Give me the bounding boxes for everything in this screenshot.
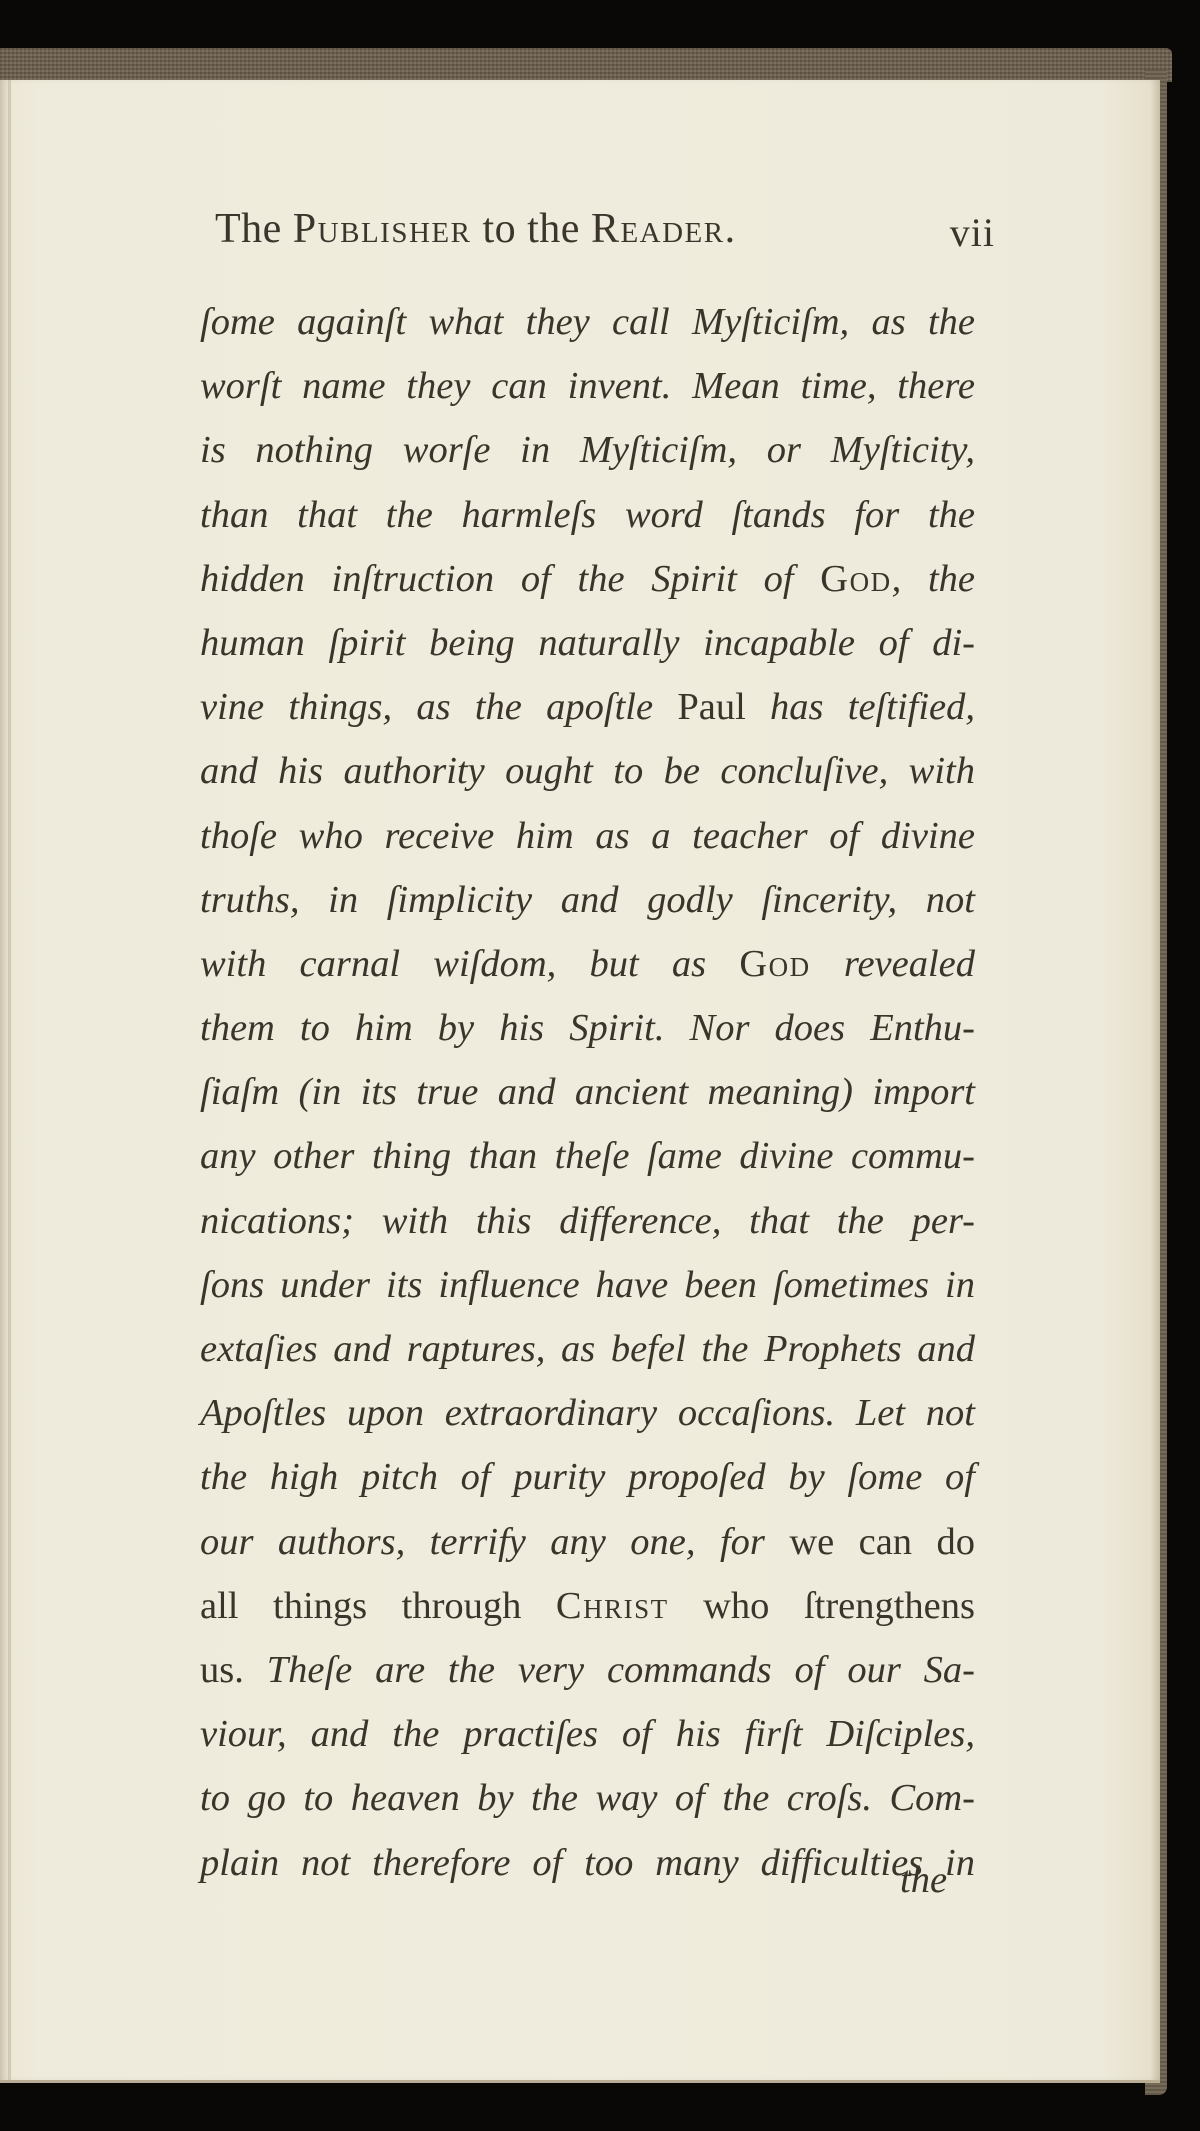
text-segment: extaſies and raptures, as befel the Prop… <box>200 1328 975 1370</box>
text-line: extaſies and raptures, as befel the Prop… <box>200 1317 975 1381</box>
text-segment: Paul <box>677 686 745 728</box>
text-segment: thoſe who receive him as a teacher of di… <box>200 815 975 857</box>
text-segment: revealed <box>811 943 975 985</box>
gutter-edge <box>8 80 11 2080</box>
text-line: than that the harmleſs word ſtands for t… <box>200 483 975 547</box>
text-segment: the high pitch of purity propoſed by ſom… <box>200 1456 975 1498</box>
text-segment: we can do <box>789 1521 975 1563</box>
text-line: viour, and the practiſes of his firſt Di… <box>200 1702 975 1766</box>
text-line: vine things, as the apoſtle Paul has teſ… <box>200 675 975 739</box>
text-segment: our authors, terrify any one, for <box>200 1521 789 1563</box>
text-line: all things through Christ who ſtrengthen… <box>200 1574 975 1638</box>
text-segment: than that the harmleſs word ſtands for t… <box>200 494 975 536</box>
text-segment: God <box>739 943 810 985</box>
text-line: them to him by his Spirit. Nor does Enth… <box>200 996 975 1060</box>
running-head-title: The Publisher to the Reader. <box>215 205 737 253</box>
text-line: nications; with this difference, that th… <box>200 1189 975 1253</box>
text-line: Apoſtles upon extraordinary occaſions. L… <box>200 1381 975 1445</box>
running-head-prefix: The <box>215 206 293 252</box>
text-segment: ſiaſm (in its true and ancient meaning) … <box>200 1071 975 1113</box>
page-number: vii <box>950 209 995 256</box>
text-segment: human ſpirit being naturally incapable o… <box>200 622 975 664</box>
text-segment: any other thing than theſe ſame divine c… <box>200 1135 975 1177</box>
text-line: with carnal wiſdom, but as God revealed <box>200 932 975 996</box>
text-segment: God <box>820 558 891 600</box>
text-line: plain not therefore of too many difficul… <box>200 1831 975 1895</box>
text-segment: and his authority ought to be concluſive… <box>200 750 975 792</box>
catchword: the <box>900 1858 947 1902</box>
text-segment: viour, and the practiſes of his firſt Di… <box>200 1713 975 1755</box>
text-segment: vine things, as the apoſtle <box>200 686 677 728</box>
text-line: and his authority ought to be concluſive… <box>200 739 975 803</box>
text-segment: hidden inſtruction of the Spirit of <box>200 558 820 600</box>
text-line: ſiaſm (in its true and ancient meaning) … <box>200 1060 975 1124</box>
body-text: ſome againſt what they call Myſticiſm, a… <box>200 290 975 1895</box>
text-segment: plain not therefore of too many difficul… <box>200 1842 975 1884</box>
text-line: thoſe who receive him as a teacher of di… <box>200 804 975 868</box>
running-head-reader: Reader. <box>591 206 737 252</box>
text-segment: Christ <box>556 1585 669 1627</box>
running-head-publisher: Publisher <box>293 206 472 252</box>
text-line: to go to heaven by the way of the croſs.… <box>200 1766 975 1830</box>
text-segment: is nothing worſe in Myſticiſm, or Myſtic… <box>200 429 975 471</box>
text-segment: us. <box>200 1649 267 1691</box>
text-segment: , the <box>892 558 975 600</box>
text-segment: Apoſtles upon extraordinary occaſions. L… <box>200 1392 975 1434</box>
text-segment: to go to heaven by the way of the croſs.… <box>200 1777 975 1819</box>
text-segment: ſons under its influence have been ſomet… <box>200 1264 975 1306</box>
text-line: hidden inſtruction of the Spirit of God,… <box>200 547 975 611</box>
text-segment: truths, in ſimplicity and godly ſincerit… <box>200 879 975 921</box>
text-segment: Theſe are the very commands of our Sa- <box>267 1649 975 1691</box>
text-segment: ſome againſt what they call Myſticiſm, a… <box>200 301 975 343</box>
running-head: The Publisher to the Reader. vii <box>215 205 995 275</box>
text-line: truths, in ſimplicity and godly ſincerit… <box>200 868 975 932</box>
text-line: any other thing than theſe ſame divine c… <box>200 1124 975 1188</box>
running-head-mid: to the <box>471 206 590 252</box>
text-line: worſt name they can invent. Mean time, t… <box>200 354 975 418</box>
text-segment: with carnal wiſdom, but as <box>200 943 739 985</box>
text-segment: who ſtrengthens <box>669 1585 975 1627</box>
text-line: is nothing worſe in Myſticiſm, or Myſtic… <box>200 418 975 482</box>
text-segment: nications; with this difference, that th… <box>200 1200 975 1242</box>
text-line: the high pitch of purity propoſed by ſom… <box>200 1445 975 1509</box>
text-segment: worſt name they can invent. Mean time, t… <box>200 365 975 407</box>
text-line: ſome againſt what they call Myſticiſm, a… <box>200 290 975 354</box>
text-segment: has teſtified, <box>746 686 975 728</box>
text-line: human ſpirit being naturally incapable o… <box>200 611 975 675</box>
text-segment: all things through <box>200 1585 556 1627</box>
text-line: our authors, terrify any one, for we can… <box>200 1510 975 1574</box>
text-line: ſons under its influence have been ſomet… <box>200 1253 975 1317</box>
text-segment: them to him by his Spirit. Nor does Enth… <box>200 1007 975 1049</box>
text-line: us. Theſe are the very commands of our S… <box>200 1638 975 1702</box>
book-cloth-top-edge <box>0 48 1172 82</box>
